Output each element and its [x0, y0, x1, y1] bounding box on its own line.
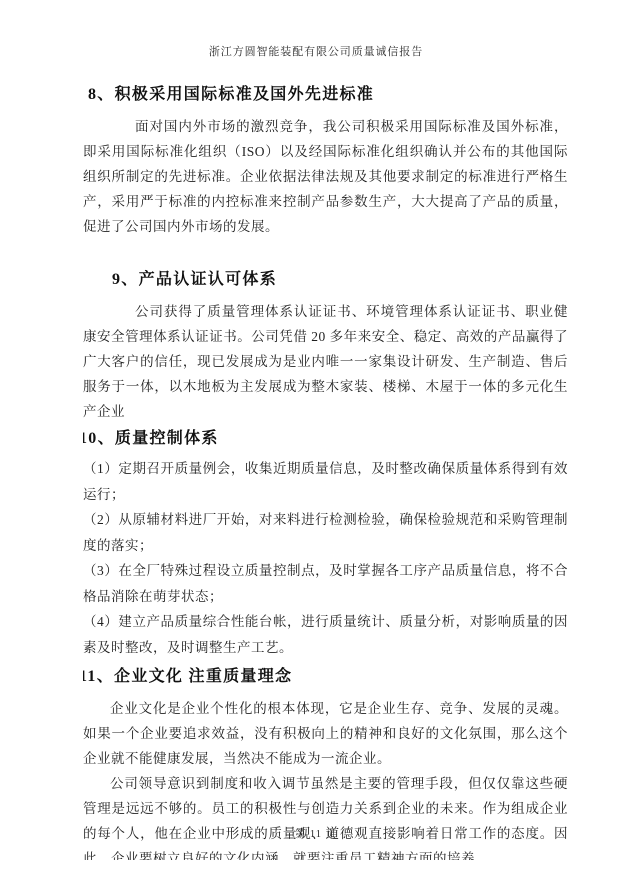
section-heading-11: 11、企业文化 注重质量理念: [83, 666, 568, 688]
document-page: 浙江方圆智能装配有限公司质量诚信报告 8、积极采用国际标准及国外先进标准 面对国…: [0, 0, 632, 893]
section-heading-10: 10、质量控制体系: [83, 428, 568, 450]
section-heading-8: 8、积极采用国际标准及国外先进标准: [83, 84, 568, 106]
quality-control-item-4: （4）建立产品质量综合性能台帐，进行质量统计、质量分析，对影响质量的因素及时整改…: [83, 609, 568, 660]
quality-control-item-2: （2）从原辅材料进厂开始，对来料进行检测检验，确保检验规范和采购管理制度的落实；: [83, 507, 568, 558]
section-9-paragraph: 公司获得了质量管理体系认证证书、环境管理体系认证证书、职业健康安全管理体系认证证…: [83, 299, 568, 424]
section-heading-9: 9、产品认证认可体系: [83, 269, 568, 291]
page-number: 第 11 页: [0, 826, 632, 841]
section-8-paragraph: 面对国内外市场的激烈竞争，我公司积极采用国际标准及国外标准，即采用国际标准化组织…: [83, 114, 568, 239]
section-11-paragraph-1: 企业文化是企业个性化的根本体现，它是企业生存、竞争、发展的灵魂。如果一个企业要追…: [83, 696, 568, 771]
quality-control-item-1: （1）定期召开质量例会，收集近期质量信息，及时整改确保质量体系得到有效运行；: [83, 456, 568, 507]
quality-control-list: （1）定期召开质量例会，收集近期质量信息，及时整改确保质量体系得到有效运行； （…: [83, 456, 568, 660]
section-11-paragraph-2: 公司领导意识到制度和收入调节虽然是主要的管理手段，但仅仅靠这些硬管理是远远不够的…: [83, 771, 568, 860]
document-body: 8、积极采用国际标准及国外先进标准 面对国内外市场的激烈竞争，我公司积极采用国际…: [83, 0, 568, 860]
quality-control-item-3: （3）在全厂特殊过程设立质量控制点，及时掌握各工序产品质量信息，将不合格品消除在…: [83, 558, 568, 609]
